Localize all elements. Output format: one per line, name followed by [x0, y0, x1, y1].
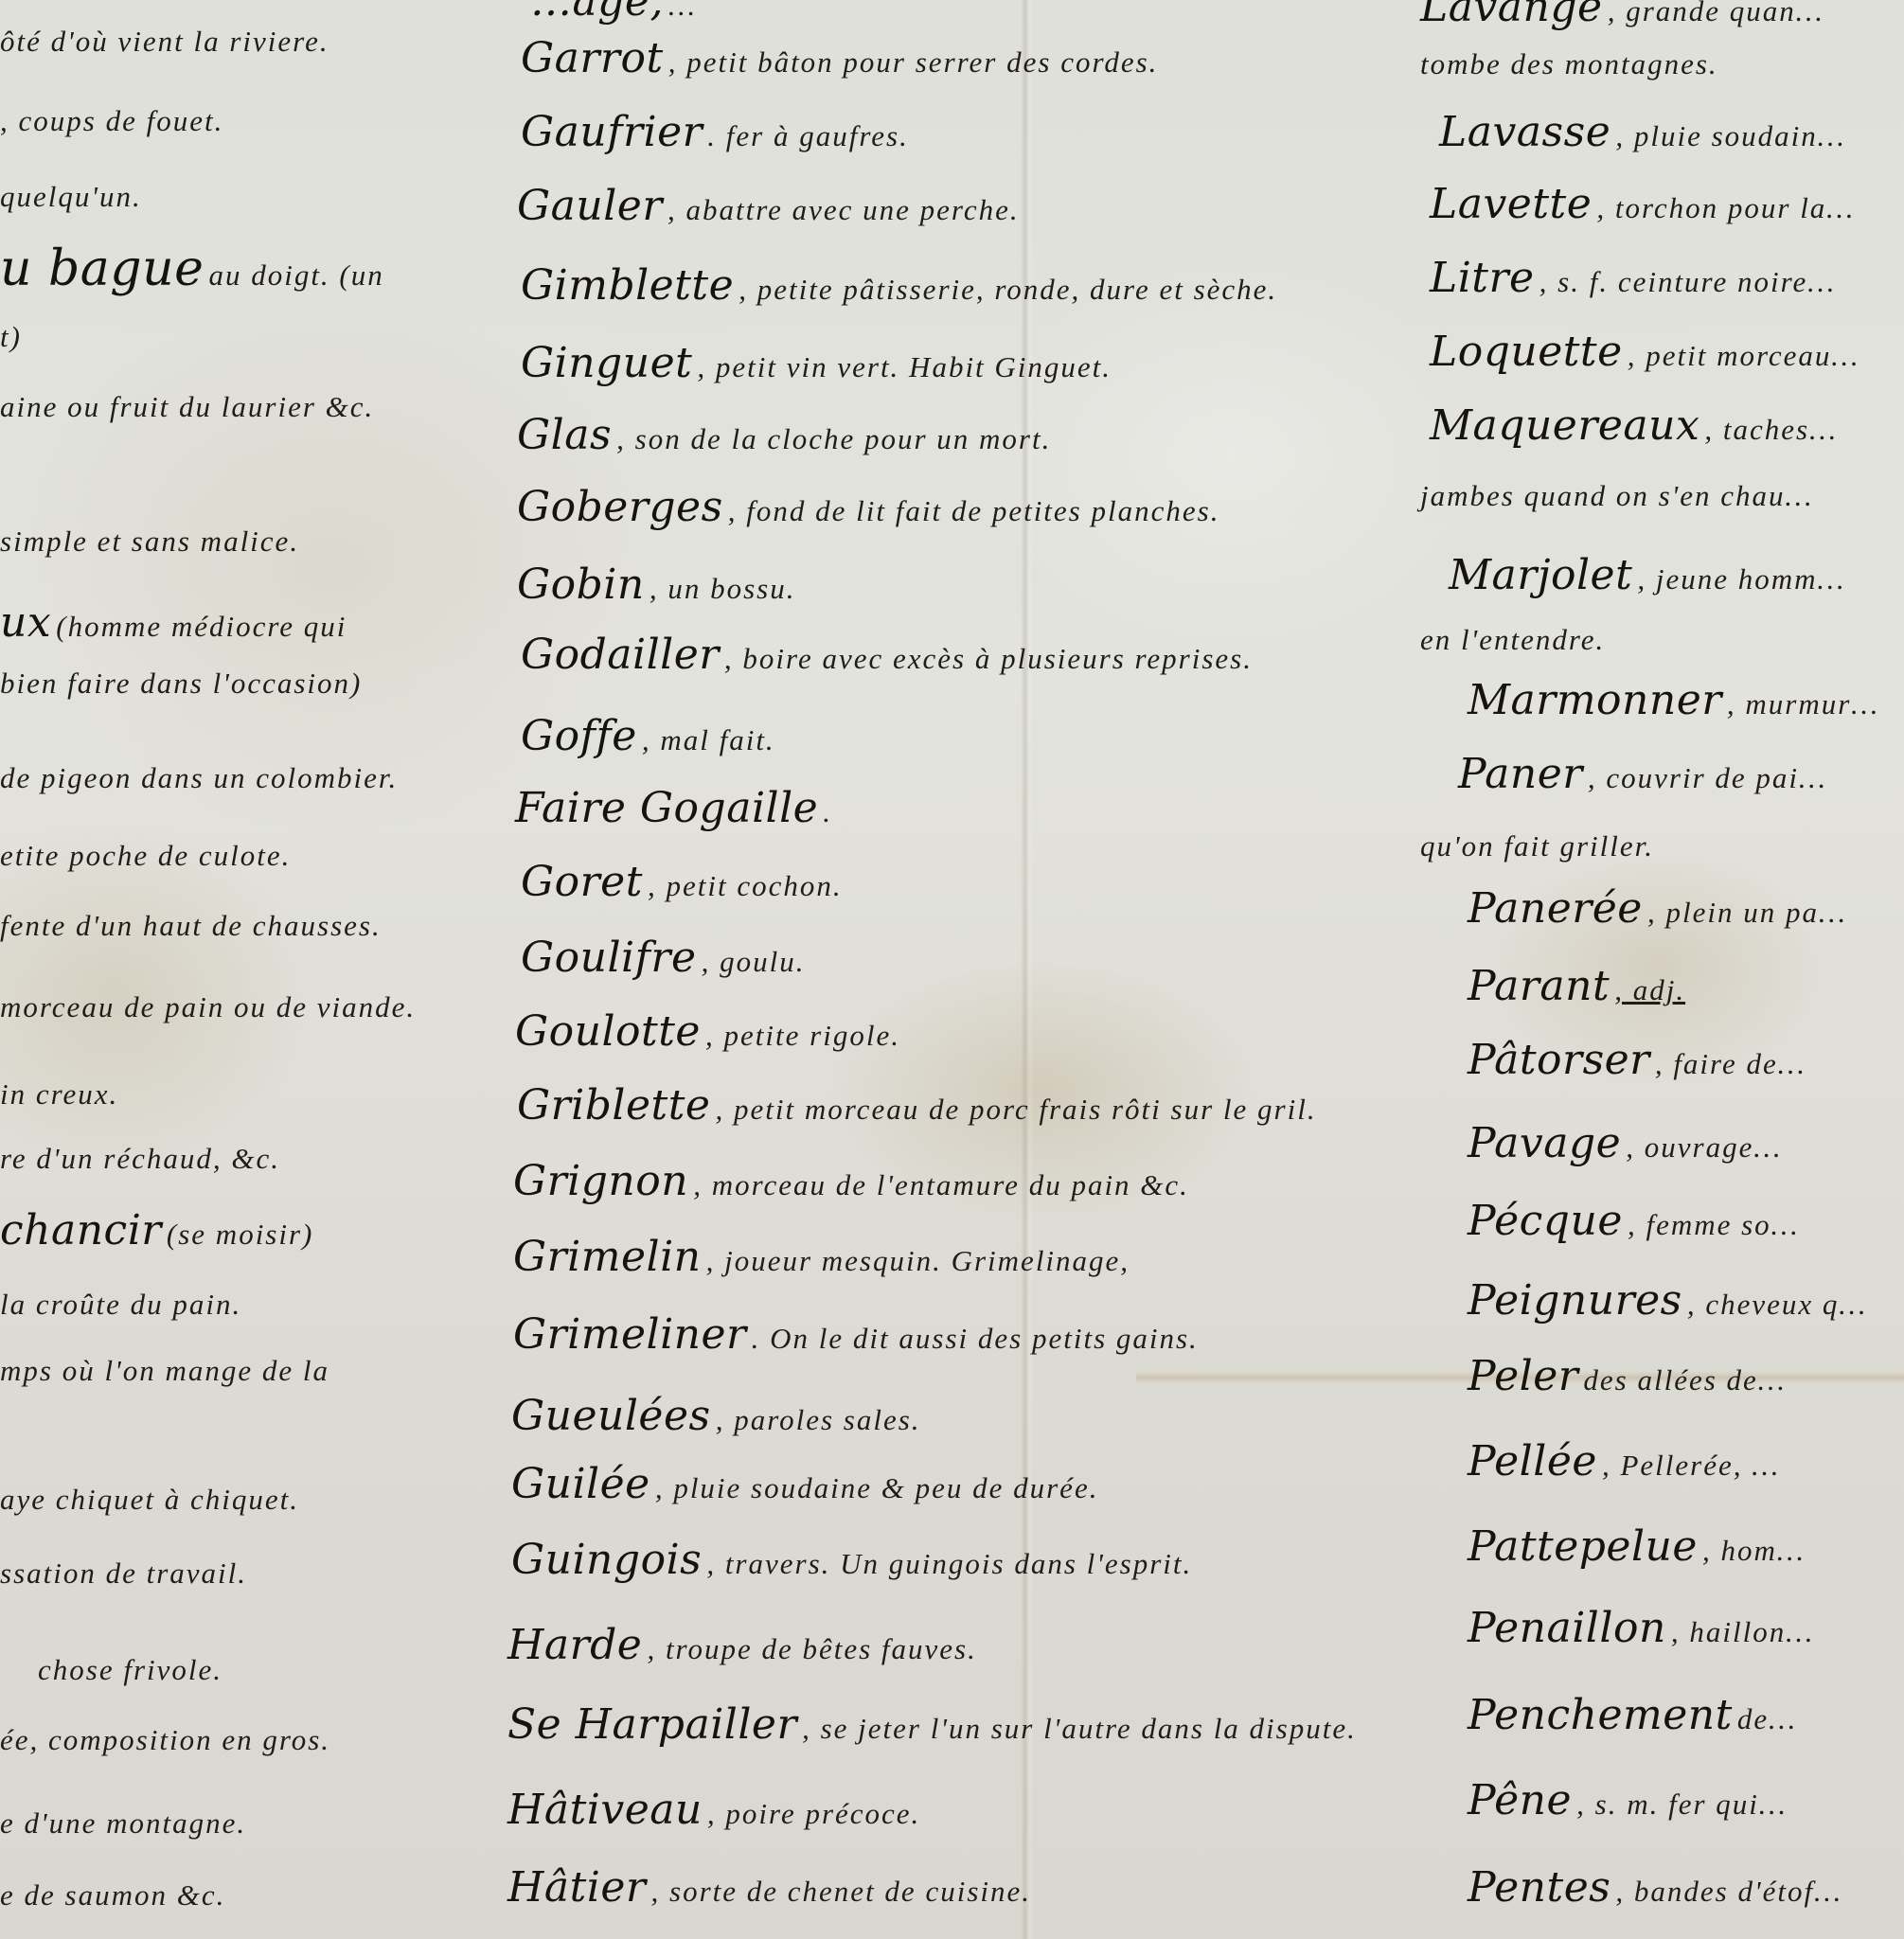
left-line: fente d'un haut de chausses.	[0, 911, 382, 940]
glossary-entry: Litre , s. f. ceinture noire…	[1430, 258, 1836, 299]
glossary-entry: Goulifre , goulu.	[521, 937, 805, 979]
glossary-entry: Hâtier , sorte de chenet de cuisine.	[507, 1867, 1031, 1909]
entry-headword: Grimelin	[513, 1233, 702, 1281]
entry-definition: , petite pâtisserie, ronde, dure et sèch…	[738, 273, 1277, 306]
entry-headword: Hâtier	[507, 1863, 646, 1912]
entry-definition: , petit morceau…	[1628, 339, 1860, 372]
glossary-entry: Ginguet , petit vin vert. Habit Ginguet.	[521, 343, 1112, 384]
glossary-entry: Grignon , morceau de l'entamure du pain …	[513, 1161, 1189, 1202]
glossary-entry: Se Harpailler , se jeter l'un sur l'autr…	[507, 1704, 1357, 1746]
glossary-entry: Griblette , petit morceau de porc frais …	[517, 1085, 1317, 1127]
glossary-entry: Gueulées , paroles sales.	[511, 1396, 921, 1437]
entry-definition: , cheveux q…	[1687, 1288, 1867, 1321]
entry-definition: , morceau de l'entamure du pain &c.	[693, 1168, 1189, 1201]
glossary-entry: Maquereaux , taches…	[1430, 405, 1838, 447]
entry-definition: , petit morceau de porc frais rôti sur l…	[716, 1093, 1317, 1126]
glossary-entry: Peler des allées de…	[1468, 1356, 1786, 1397]
glossary-entry: Grimelin , joueur mesquin. Grimelinage,	[513, 1236, 1130, 1278]
left-line: la croûte du pain.	[0, 1290, 241, 1319]
entry-definition: , petite rigole.	[705, 1019, 900, 1052]
entry-definition: , hom…	[1702, 1534, 1805, 1567]
entry-headword: …age,	[530, 0, 664, 26]
glossary-continuation: jambes quand on s'en chau…	[1420, 481, 1813, 510]
glossary-entry: Parant , adj.	[1468, 966, 1685, 1007]
left-line: e d'une montagne.	[0, 1808, 246, 1838]
glossary-entry: Pâtorser , faire de…	[1468, 1040, 1806, 1081]
glossary-entry: Guingois , travers. Un guingois dans l'e…	[511, 1539, 1192, 1581]
glossary-entry: …age, …	[530, 0, 697, 23]
entry-headword: Lavasse	[1439, 108, 1610, 156]
entry-definition: , abattre avec une perche.	[667, 193, 1020, 226]
entry-definition: , taches…	[1704, 413, 1837, 446]
left-line: re d'un réchaud, &c.	[0, 1144, 280, 1173]
glossary-continuation: en l'entendre.	[1420, 625, 1605, 654]
entry-headword: Goret	[521, 858, 643, 906]
glossary-entry: Gauler , abattre avec une perche.	[517, 186, 1020, 227]
entry-definition: , se jeter l'un sur l'autre dans la disp…	[802, 1712, 1357, 1745]
entry-headword: Faire Gogaille	[515, 784, 818, 832]
entry-definition: . fer à gaufres.	[707, 119, 909, 152]
glossary-entry: Goulotte , petite rigole.	[515, 1011, 900, 1053]
entry-headword: Panerée	[1468, 884, 1643, 933]
entry-definition: , couvrir de pai…	[1588, 761, 1827, 794]
glossary-entry: Faire Gogaille .	[515, 788, 832, 829]
entry-headword: Grignon	[513, 1157, 688, 1205]
glossary-entry: Grimeliner . On le dit aussi des petits …	[513, 1314, 1199, 1356]
left-line: t)	[0, 322, 22, 351]
glossary-entry: Gobin , un bossu.	[517, 564, 795, 606]
entry-headword: Goulotte	[515, 1007, 701, 1056]
left-headword: u bague	[0, 240, 204, 297]
entry-definition: , son de la cloche pour un mort.	[616, 422, 1051, 455]
entry-definition: , un bossu.	[649, 572, 796, 605]
entry-definition: jambes quand on s'en chau…	[1420, 479, 1813, 512]
entry-headword: Marjolet	[1449, 551, 1632, 599]
left-line: ée, composition en gros.	[0, 1725, 330, 1754]
left-line: ôté d'où vient la riviere.	[0, 27, 329, 56]
left-line: bien faire dans l'occasion)	[0, 668, 362, 698]
left-line: aye chiquet à chiquet.	[0, 1485, 299, 1514]
glossary-continuation: tombe des montagnes.	[1420, 49, 1718, 79]
left-line: de pigeon dans un colombier.	[0, 763, 398, 792]
entry-headword: Loquette	[1430, 328, 1623, 376]
entry-headword: Godailler	[521, 631, 720, 679]
entry-definition: qu'on fait griller.	[1420, 829, 1654, 863]
left-line: e de saumon &c.	[0, 1880, 225, 1910]
entry-definition: , grande quan…	[1608, 0, 1824, 27]
entry-definition: , femme so…	[1628, 1208, 1799, 1241]
left-headword: chancir	[0, 1206, 162, 1254]
entry-definition: , boire avec excès à plusieurs reprises.	[724, 642, 1253, 675]
left-line: morceau de pain ou de viande.	[0, 992, 416, 1022]
entry-definition: , pluie soudain…	[1615, 119, 1845, 152]
entry-headword: Litre	[1430, 254, 1535, 302]
glossary-entry: Goffe , mal fait.	[521, 716, 775, 757]
entry-headword: Gimblette	[521, 261, 734, 310]
glossary-entry: Pellée , Pellerée, …	[1468, 1441, 1780, 1483]
left-line: aine ou fruit du laurier &c.	[0, 392, 374, 421]
entry-definition: , petit cochon.	[648, 869, 843, 902]
entry-definition: , mal fait.	[642, 723, 775, 756]
entry-headword: Pattepelue	[1468, 1522, 1698, 1571]
entry-definition: , goulu.	[702, 945, 806, 978]
entry-definition: , plein un pa…	[1647, 896, 1847, 929]
glossary-entry: Goret , petit cochon.	[521, 862, 843, 903]
entry-definition: , jeune homm…	[1637, 562, 1845, 596]
entry-definition: , petit vin vert. Habit Ginguet.	[697, 350, 1112, 383]
glossary-entry: Guilée , pluie soudaine & peu de durée.	[511, 1464, 1098, 1505]
left-line: quelqu'un.	[0, 182, 142, 211]
entry-headword: Pavage	[1468, 1119, 1621, 1167]
entry-headword: Guilée	[511, 1460, 650, 1508]
entry-definition: , ouvrage…	[1626, 1130, 1782, 1164]
entry-definition: , haillon…	[1671, 1615, 1814, 1648]
entry-headword: Pâtorser	[1468, 1036, 1650, 1084]
glossary-entry: Gimblette , petite pâtisserie, ronde, du…	[521, 265, 1277, 307]
entry-definition: des allées de…	[1583, 1363, 1786, 1396]
entry-headword: Pécque	[1468, 1197, 1623, 1245]
entry-headword: Peler	[1468, 1352, 1578, 1400]
entry-headword: Gauler	[517, 182, 663, 230]
middle-column: …age, … Garrot , petit bâton pour serrer…	[502, 0, 1439, 1939]
entry-definition: , paroles sales.	[716, 1403, 921, 1436]
entry-headword: Goberges	[517, 483, 723, 531]
entry-headword: Gaufrier	[521, 108, 703, 156]
entry-headword: Goffe	[521, 712, 637, 760]
entry-definition: , joueur mesquin. Grimelinage,	[706, 1244, 1130, 1277]
entry-definition: , adj.	[1614, 973, 1685, 1006]
entry-definition: , travers. Un guingois dans l'esprit.	[706, 1547, 1192, 1580]
glossary-entry: Goberges , fond de lit fait de petites p…	[517, 487, 1219, 528]
glossary-entry: Pécque , femme so…	[1468, 1201, 1799, 1242]
left-line: mps où l'on mange de la	[0, 1356, 329, 1385]
entry-headword: Griblette	[517, 1081, 710, 1130]
glossary-entry: Pattepelue , hom…	[1468, 1526, 1805, 1568]
entry-definition: tombe des montagnes.	[1420, 47, 1718, 80]
entry-definition: , troupe de bêtes fauves.	[647, 1632, 976, 1665]
glossary-entry: Harde , troupe de bêtes fauves.	[507, 1625, 977, 1666]
left-line: etite poche de culote.	[0, 841, 291, 870]
left-line: , coups de fouet.	[0, 106, 223, 135]
entry-definition: , torchon pour la…	[1596, 191, 1855, 224]
left-line: ux (homme médiocre qui	[0, 602, 347, 644]
entry-definition: , fond de lit fait de petites planches.	[728, 494, 1220, 527]
glossary-entry: Lavette , torchon pour la…	[1430, 184, 1855, 225]
glossary-continuation: qu'on fait griller.	[1420, 831, 1654, 861]
entry-definition: , s. m. fer qui…	[1576, 1788, 1787, 1821]
glossary-entry: Pentes , bandes d'étof…	[1468, 1867, 1842, 1909]
entry-definition: , petit bâton pour serrer des cordes.	[668, 45, 1159, 79]
entry-headword: Lavette	[1430, 180, 1592, 228]
entry-headword: Harde	[507, 1621, 642, 1669]
entry-definition: , sorte de chenet de cuisine.	[651, 1875, 1031, 1908]
entry-headword: Hâtiveau	[507, 1786, 703, 1834]
glossary-entry: Penaillon , haillon…	[1468, 1608, 1814, 1649]
left-line: u bague au doigt. (un	[0, 244, 384, 294]
entry-definition: en l'entendre.	[1420, 623, 1605, 656]
entry-definition: .	[823, 795, 832, 828]
entry-headword: Pêne	[1468, 1776, 1572, 1824]
entry-definition: de…	[1737, 1702, 1797, 1735]
entry-definition: , bandes d'étof…	[1615, 1875, 1842, 1908]
entry-headword: Parant	[1468, 962, 1610, 1010]
glossary-entry: Godailler , boire avec excès à plusieurs…	[521, 634, 1253, 676]
glossary-entry: Pêne , s. m. fer qui…	[1468, 1780, 1787, 1822]
left-line: chancir (se moisir)	[0, 1210, 313, 1252]
glossary-entry: Glas , son de la cloche pour un mort.	[517, 415, 1051, 456]
glossary-entry: Penchement de…	[1468, 1695, 1797, 1736]
entry-definition: , faire de…	[1655, 1047, 1806, 1080]
left-headword: ux	[0, 598, 51, 647]
right-column: Lavange , grande quan… tombe des montagn…	[1420, 0, 1904, 1939]
entry-headword: Paner	[1458, 750, 1583, 798]
left-line: ssation de travail.	[0, 1558, 247, 1588]
glossary-entry: Marmonner , murmur…	[1468, 680, 1879, 721]
glossary-entry: Paner , couvrir de pai…	[1458, 754, 1827, 795]
entry-headword: Goulifre	[521, 934, 696, 982]
glossary-entry: Lavange , grande quan…	[1420, 0, 1824, 28]
left-line: simple et sans malice.	[0, 526, 299, 556]
entry-headword: Grimeliner	[513, 1310, 747, 1359]
glossary-entry: Lavasse , pluie soudain…	[1439, 112, 1845, 153]
glossary-entry: Marjolet , jeune homm…	[1449, 555, 1845, 596]
entry-definition: , pluie soudaine & peu de durée.	[655, 1471, 1099, 1504]
entry-headword: Se Harpailler	[507, 1700, 797, 1749]
entry-headword: Glas	[517, 411, 612, 459]
entry-definition: …	[668, 0, 697, 22]
entry-headword: Pentes	[1468, 1863, 1610, 1912]
entry-headword: Penaillon	[1468, 1604, 1666, 1652]
entry-headword: Gueulées	[511, 1392, 711, 1440]
glossary-entry: Gaufrier . fer à gaufres.	[521, 112, 909, 153]
entry-headword: Marmonner	[1468, 676, 1722, 724]
entry-headword: Peignures	[1468, 1276, 1682, 1325]
glossary-entry: Pavage , ouvrage…	[1468, 1123, 1782, 1165]
left-line: chose frivole.	[38, 1655, 222, 1684]
glossary-entry: Loquette , petit morceau…	[1430, 331, 1860, 373]
entry-headword: Penchement	[1468, 1691, 1733, 1739]
glossary-entry: Hâtiveau , poire précoce.	[507, 1789, 920, 1831]
glossary-entry: Garrot , petit bâton pour serrer des cor…	[521, 38, 1158, 80]
left-column: ôté d'où vient la riviere. , coups de fo…	[0, 0, 502, 1939]
entry-headword: Guingois	[511, 1536, 702, 1584]
entry-headword: Ginguet	[521, 339, 692, 387]
left-definition: au doigt. (un	[208, 258, 383, 292]
entry-definition: , poire précoce.	[707, 1797, 920, 1830]
entry-definition: , murmur…	[1727, 687, 1879, 720]
left-definition: (homme médiocre qui	[56, 610, 347, 643]
glossary-entry: Panerée , plein un pa…	[1468, 888, 1847, 930]
left-line: in creux.	[0, 1079, 118, 1109]
entry-headword: Gobin	[517, 560, 645, 609]
entry-definition: , Pellerée, …	[1602, 1449, 1780, 1482]
entry-headword: Garrot	[521, 34, 664, 82]
entry-definition: . On le dit aussi des petits gains.	[752, 1322, 1199, 1355]
entry-headword: Lavange	[1420, 0, 1603, 31]
entry-headword: Maquereaux	[1430, 401, 1699, 450]
left-definition: (se moisir)	[167, 1218, 313, 1251]
glossary-entry: Peignures , cheveux q…	[1468, 1280, 1867, 1322]
entry-definition: , s. f. ceinture noire…	[1539, 265, 1836, 298]
entry-headword: Pellée	[1468, 1437, 1597, 1485]
